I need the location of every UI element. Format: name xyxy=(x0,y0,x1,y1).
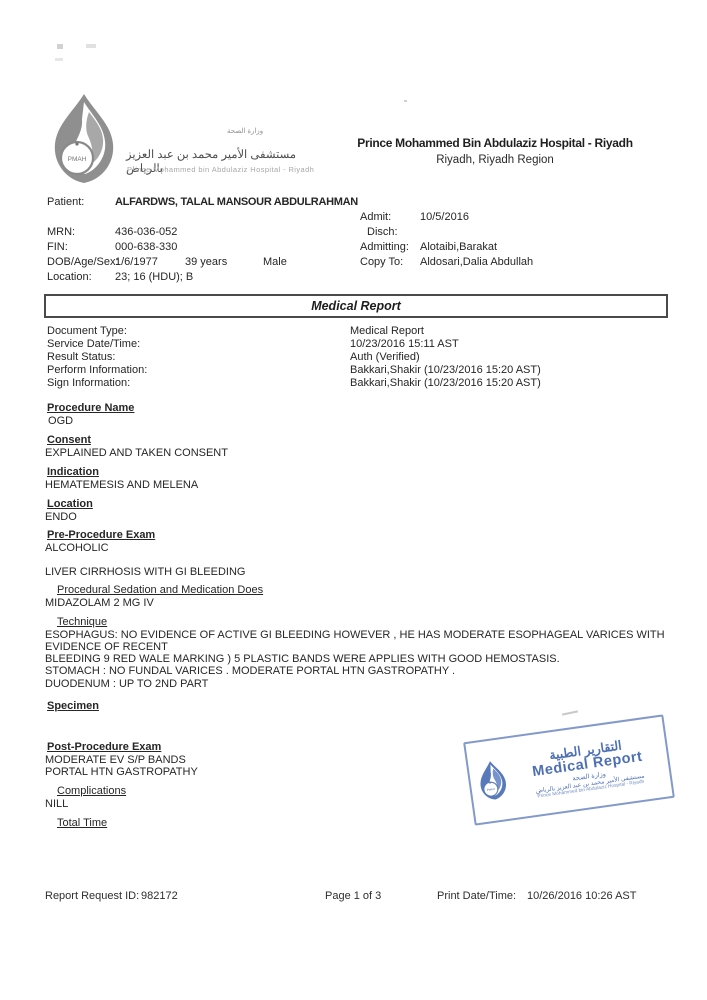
section-heading: Procedural Sedation and Medication Does xyxy=(57,584,685,597)
section-line: ESOPHAGUS: NO EVIDENCE OF ACTIVE GI BLEE… xyxy=(45,629,685,641)
admitting-label: Admitting: xyxy=(360,241,409,254)
field-label: Sign Information: xyxy=(47,377,130,390)
section-total-time: Total Time xyxy=(45,817,685,830)
section-line: LIVER CIRRHOSIS WITH GI BLEEDING xyxy=(45,566,685,578)
page-title: Prince Mohammed Bin Abdulaziz Hospital -… xyxy=(300,136,690,150)
section-specimen: Specimen xyxy=(45,700,685,713)
age-value: 39 years xyxy=(185,256,227,269)
section-technique: Technique ESOPHAGUS: NO EVIDENCE OF ACTI… xyxy=(45,616,685,690)
dob-value: 1/6/1977 xyxy=(115,256,158,269)
patient-name: ALFARDWS, TALAL MANSOUR ABDULRAHMAN xyxy=(115,196,358,209)
field-value: Bakkari,Shakir (10/23/2016 15:20 AST) xyxy=(350,377,541,390)
section-heading: Procedure Name xyxy=(47,402,685,415)
field-label: Document Type: xyxy=(47,325,127,338)
medical-report-page: PMAH وزارة الصحة مستشفى الأمير محمد بن ع… xyxy=(0,0,707,1000)
section-heading: Location xyxy=(47,498,685,511)
field-value: Bakkari,Shakir (10/23/2016 15:20 AST) xyxy=(350,364,541,377)
admit-label: Admit: xyxy=(360,211,391,224)
page-indicator: Page 1 of 3 xyxy=(325,890,381,902)
section-line: ENDO xyxy=(45,511,685,523)
scan-artifact xyxy=(57,44,63,49)
scan-artifact xyxy=(55,58,63,61)
field-label: Result Status: xyxy=(47,351,115,364)
section-heading: Indication xyxy=(47,466,685,479)
patient-label: Patient: xyxy=(47,196,84,209)
section-line: STOMACH : NO FUNDAL VARICES . MODERATE P… xyxy=(45,665,685,677)
field-label: Service Date/Time: xyxy=(47,338,140,351)
stamp-logo-icon: PMAH xyxy=(473,756,513,806)
section-line: BLEEDING 9 RED WALE MARKING ) 5 PLASTIC … xyxy=(45,653,685,665)
print-date-label: Print Date/Time: xyxy=(437,890,516,902)
section-line: EXPLAINED AND TAKEN CONSENT xyxy=(45,447,685,459)
section-line: EVIDENCE OF RECENT xyxy=(45,641,685,653)
section-line: OGD xyxy=(45,415,685,427)
scan-artifact xyxy=(86,44,96,48)
disch-label: Disch: xyxy=(367,226,398,239)
section-consent: Consent EXPLAINED AND TAKEN CONSENT xyxy=(45,434,685,459)
report-request-id-label: Report Request ID: xyxy=(45,890,139,902)
location-value: 23; 16 (HDU); B xyxy=(115,271,193,284)
section-line: MIDAZOLAM 2 MG IV xyxy=(45,597,685,609)
report-title-box: Medical Report xyxy=(44,294,668,318)
field-label: Perform Information: xyxy=(47,364,147,377)
mrn-value: 436-036-052 xyxy=(115,226,177,239)
section-heading: Consent xyxy=(47,434,685,447)
stamp-text-block: التقارير الطبية Medical Report وزارة الص… xyxy=(510,732,665,802)
section-line: ALCOHOLIC xyxy=(45,542,685,554)
dob-age-sex-label: DOB/Age/Sex: xyxy=(47,256,119,269)
header-block: Prince Mohammed Bin Abdulaziz Hospital -… xyxy=(300,136,690,166)
print-date-value: 10/26/2016 10:26 AST xyxy=(527,890,636,902)
section-heading: Technique xyxy=(57,616,685,629)
copy-to-label: Copy To: xyxy=(360,256,403,269)
hospital-name-english-small: Prince Mohammed bin Abdulaziz Hospital -… xyxy=(127,165,314,174)
sex-value: Male xyxy=(263,256,287,269)
admitting-value: Alotaibi,Barakat xyxy=(420,241,497,254)
section-line: DUODENUM : UP TO 2ND PART xyxy=(45,678,685,690)
section-heading: Total Time xyxy=(57,817,685,830)
field-value: Auth (Verified) xyxy=(350,351,420,364)
mrn-label: MRN: xyxy=(47,226,75,239)
field-value: 10/23/2016 15:11 AST xyxy=(350,338,459,351)
report-title: Medical Report xyxy=(311,299,401,313)
admit-value: 10/5/2016 xyxy=(420,211,469,224)
scan-artifact xyxy=(404,100,407,102)
report-request-id-value: 982172 xyxy=(141,890,178,902)
section-procedure-name: Procedure Name OGD xyxy=(45,402,685,427)
field-value: Medical Report xyxy=(350,325,424,338)
location-label: Location: xyxy=(47,271,92,284)
header-region: Riyadh, Riyadh Region xyxy=(300,154,690,166)
section-heading: Specimen xyxy=(47,700,685,713)
section-procedural-sedation: Procedural Sedation and Medication Does … xyxy=(45,584,685,609)
fin-value: 000-638-330 xyxy=(115,241,177,254)
section-line: HEMATEMESIS AND MELENA xyxy=(45,479,685,491)
fin-label: FIN: xyxy=(47,241,68,254)
hospital-logo-icon: PMAH xyxy=(45,92,123,187)
logo-text: PMAH xyxy=(68,156,87,163)
section-heading: Pre-Procedure Exam xyxy=(47,529,685,542)
section-pre-procedure-exam: Pre-Procedure Exam ALCOHOLIC LIVER CIRRH… xyxy=(45,529,685,578)
section-indication: Indication HEMATEMESIS AND MELENA xyxy=(45,466,685,491)
ministry-label-arabic: وزارة الصحة xyxy=(227,127,263,135)
copy-to-value: Aldosari,Dalia Abdullah xyxy=(420,256,533,269)
section-location: Location ENDO xyxy=(45,498,685,523)
